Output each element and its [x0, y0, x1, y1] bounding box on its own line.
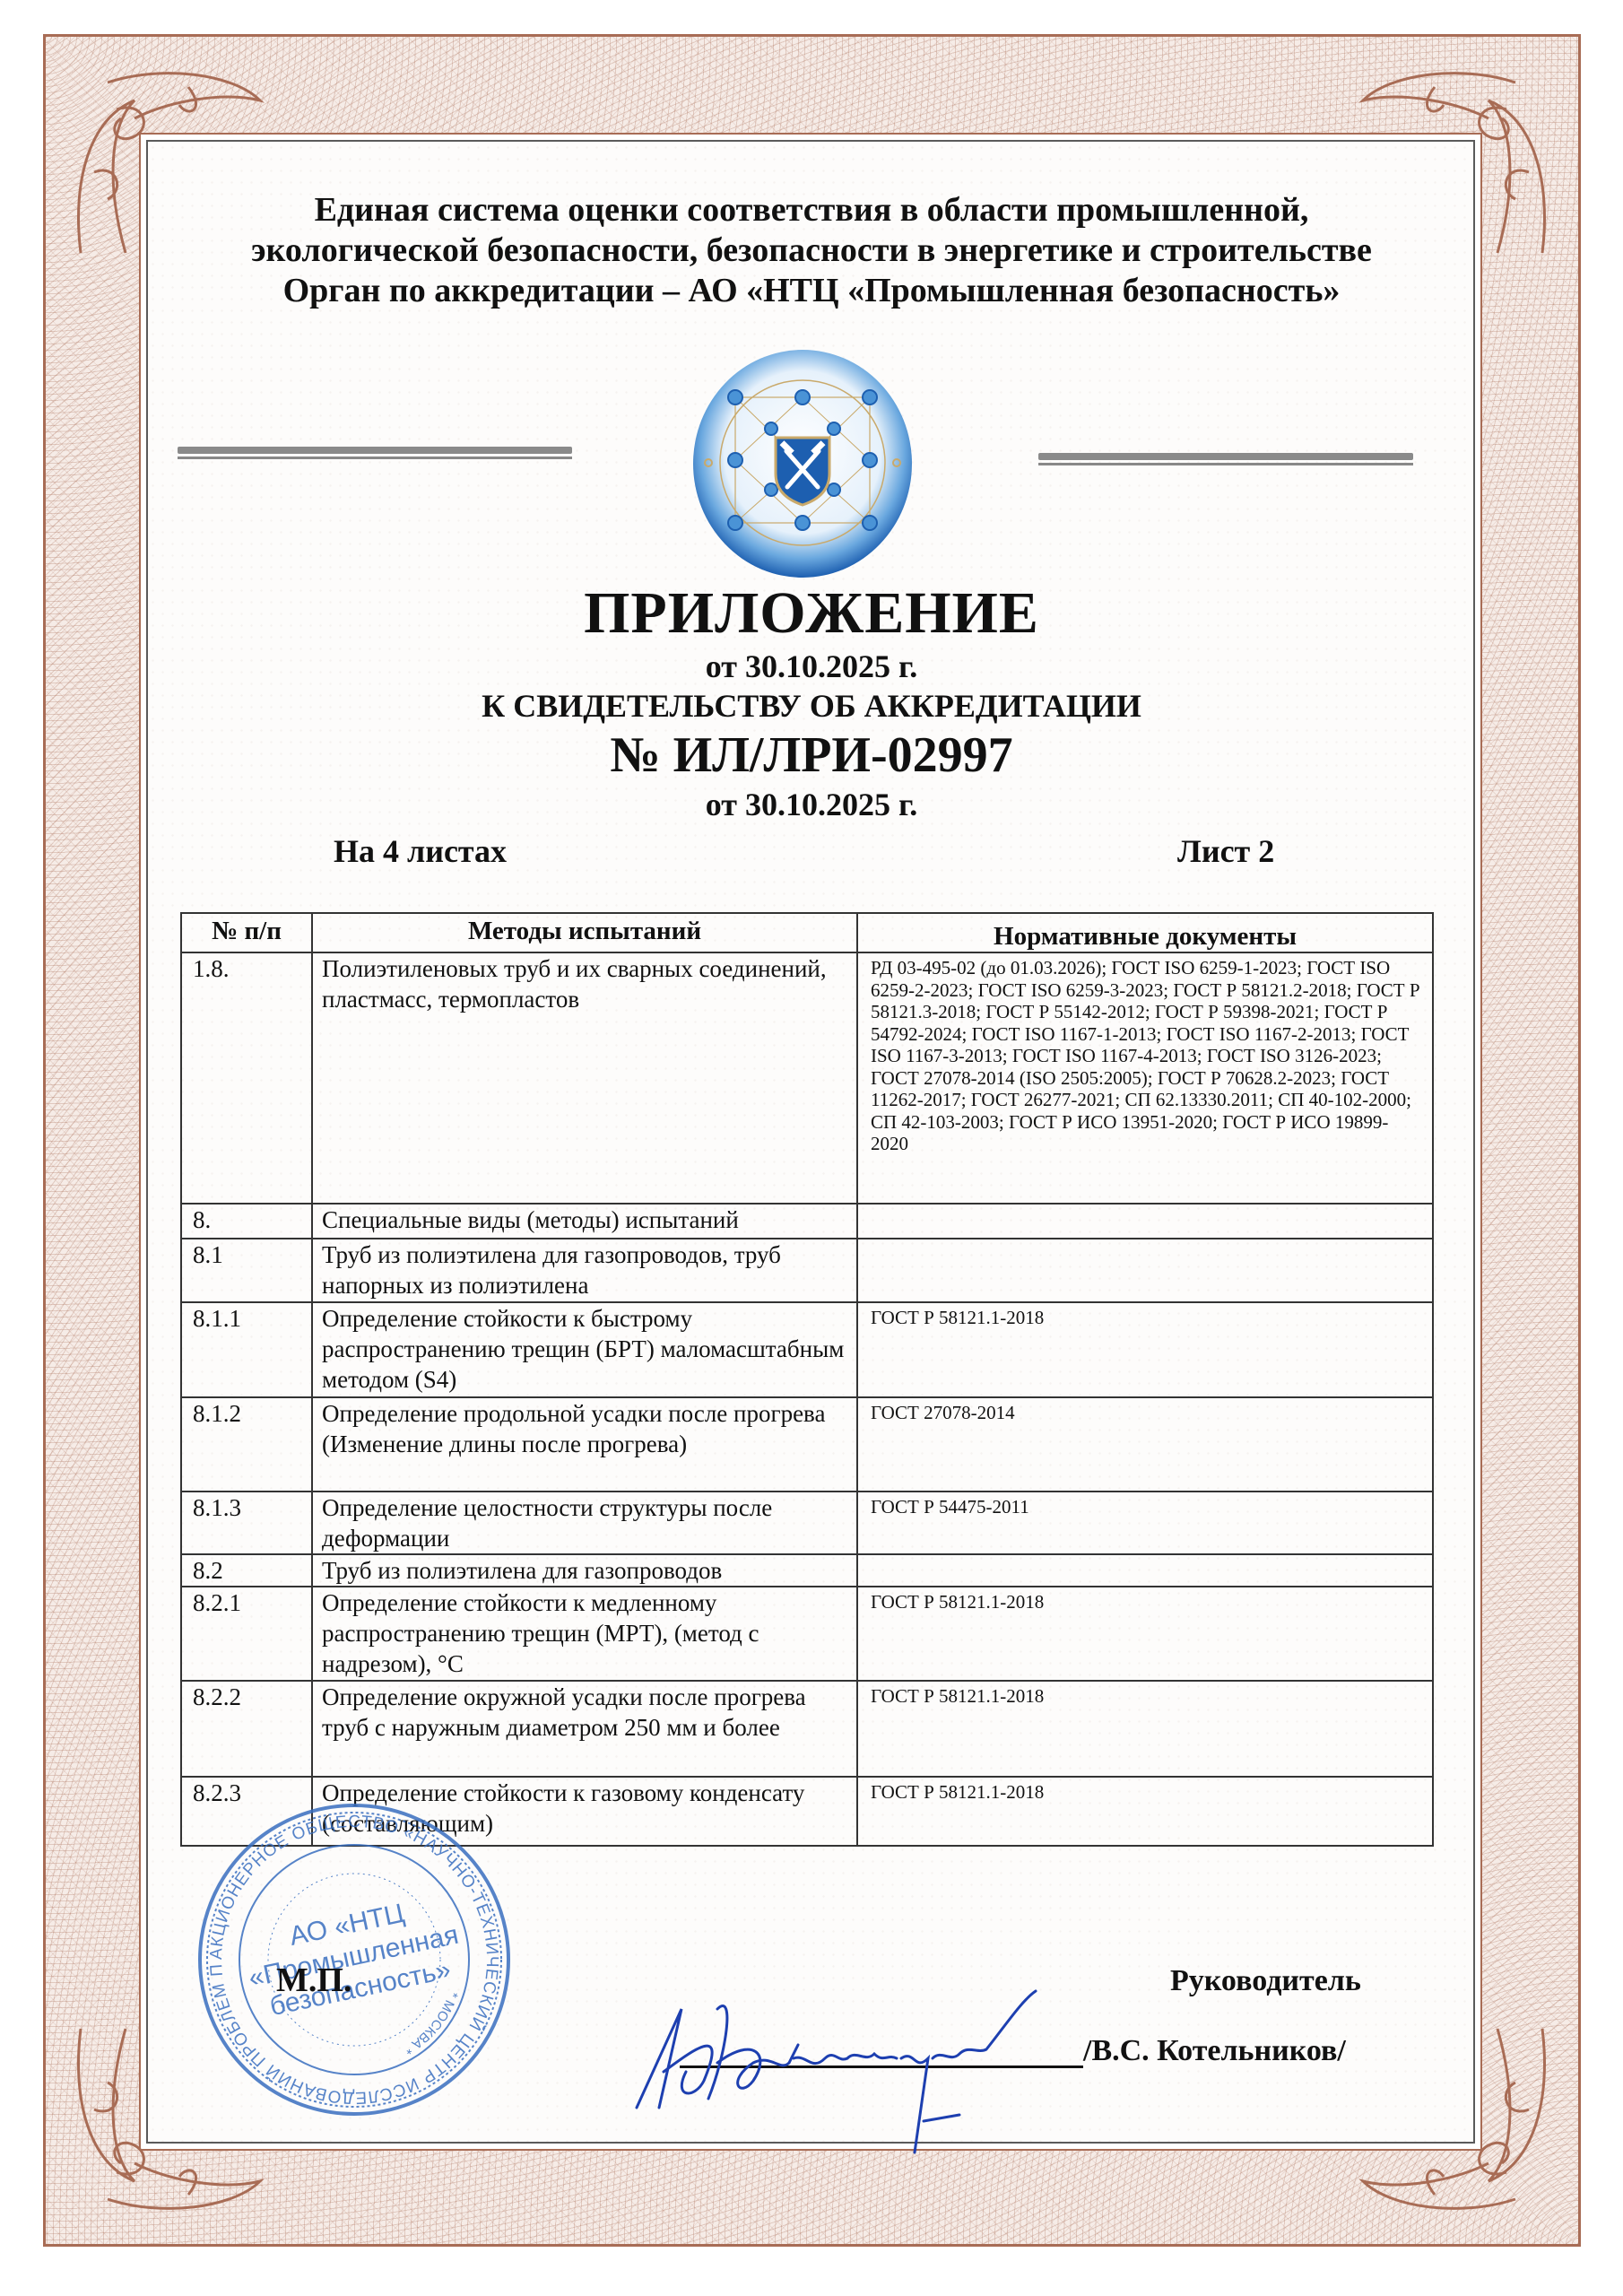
row-documents: ГОСТ Р 54475-2011: [857, 1492, 1433, 1554]
methods-table: № п/п Методы испытаний Нормативные докум…: [180, 912, 1434, 1847]
row-number: 8.1.2: [181, 1397, 312, 1492]
row-documents: ГОСТ 27078-2014: [857, 1397, 1433, 1492]
column-header-documents: Нормативные документы: [857, 913, 1433, 952]
row-documents: ГОСТ Р 58121.1-2018: [857, 1681, 1433, 1777]
row-documents: ГОСТ Р 58121.1-2018: [857, 1587, 1433, 1681]
row-number: 8.2: [181, 1554, 312, 1587]
corner-ornament-icon: [1336, 2002, 1569, 2235]
signer-role: Руководитель: [1170, 1964, 1361, 1998]
document-title: ПРИЛОЖЕНИЕ: [152, 579, 1471, 648]
row-method: Определение целостности структуры после …: [312, 1492, 857, 1554]
signer-name: /В.С. Котельников/: [1083, 2034, 1346, 2068]
sheet-number: Лист 2: [1177, 832, 1274, 870]
certificate-number: № ИЛ/ЛРИ-02997: [152, 726, 1471, 784]
row-method: Труб из полиэтилена для газопроводов: [312, 1554, 857, 1587]
row-number: 8.1.1: [181, 1302, 312, 1397]
row-number: 1.8.: [181, 952, 312, 1204]
emblem-logo-icon: [690, 348, 915, 579]
row-method: Специальные виды (методы) испытаний: [312, 1204, 857, 1239]
row-method: Определение стойкости к быстрому распрос…: [312, 1302, 857, 1397]
table-row: 8.2.2Определение окружной усадки после п…: [181, 1681, 1433, 1777]
table-row: 8.1.3Определение целостности структуры п…: [181, 1492, 1433, 1554]
title-date-1: от 30.10.2025 г.: [152, 648, 1471, 685]
row-documents: ГОСТ Р 58121.1-2018: [857, 1777, 1433, 1846]
row-number: 8.1.3: [181, 1492, 312, 1554]
title-date-2: от 30.10.2025 г.: [152, 786, 1471, 823]
official-stamp: АКЦИОНЕРНОЕ ОБЩЕСТВО «НАУЧНО-ТЕХНИЧЕСКИЙ…: [193, 1798, 516, 2121]
table-row: 8.2Труб из полиэтилена для газопроводов: [181, 1554, 1433, 1587]
row-number: 8.1: [181, 1239, 312, 1302]
seal-place-label: М.П.: [276, 1961, 352, 2000]
column-header-number: № п/п: [181, 913, 312, 952]
header-line-2: экологической безопасности, безопасности…: [152, 230, 1471, 270]
row-documents: [857, 1554, 1433, 1587]
header-line-1: Единая система оценки соответствия в обл…: [152, 190, 1471, 230]
table-row: 8.1.1Определение стойкости к быстрому ра…: [181, 1302, 1433, 1397]
row-number: 8.: [181, 1204, 312, 1239]
row-method: Определение окружной усадки после прогре…: [312, 1681, 857, 1777]
table-row: 8.Специальные виды (методы) испытаний: [181, 1204, 1433, 1239]
row-number: 8.2.2: [181, 1681, 312, 1777]
table-row: 8.1.2Определение продольной усадки после…: [181, 1397, 1433, 1492]
table-row: 8.2.1Определение стойкости к медленному …: [181, 1587, 1433, 1681]
row-number: 8.2.1: [181, 1587, 312, 1681]
row-documents: ГОСТ Р 58121.1-2018: [857, 1302, 1433, 1397]
handwritten-signature-icon: [619, 1973, 1040, 2161]
row-documents: [857, 1204, 1433, 1239]
decorative-bar-left: [178, 447, 572, 459]
header-line-3: Орган по аккредитации – АО «НТЦ «Промышл…: [152, 271, 1471, 310]
table-row: 1.8.Полиэтиленовых труб и их сварных сое…: [181, 952, 1433, 1204]
table-header-row: № п/п Методы испытаний Нормативные докум…: [181, 913, 1433, 952]
row-method: Определение стойкости к медленному распр…: [312, 1587, 857, 1681]
row-method: Труб из полиэтилена для газопроводов, тр…: [312, 1239, 857, 1302]
column-header-methods: Методы испытаний: [312, 913, 857, 952]
row-documents: РД 03-495-02 (до 01.03.2026); ГОСТ ISO 6…: [857, 952, 1433, 1204]
row-documents: [857, 1239, 1433, 1302]
row-method: Определение продольной усадки после прог…: [312, 1397, 857, 1492]
table-row: 8.1Труб из полиэтилена для газопроводов,…: [181, 1239, 1433, 1302]
row-method: Полиэтиленовых труб и их сварных соедине…: [312, 952, 857, 1204]
decorative-bar-right: [1038, 453, 1413, 465]
title-subject: К СВИДЕТЕЛЬСТВУ ОБ АККРЕДИТАЦИИ: [152, 687, 1471, 725]
sheet-count: На 4 листах: [334, 832, 507, 870]
